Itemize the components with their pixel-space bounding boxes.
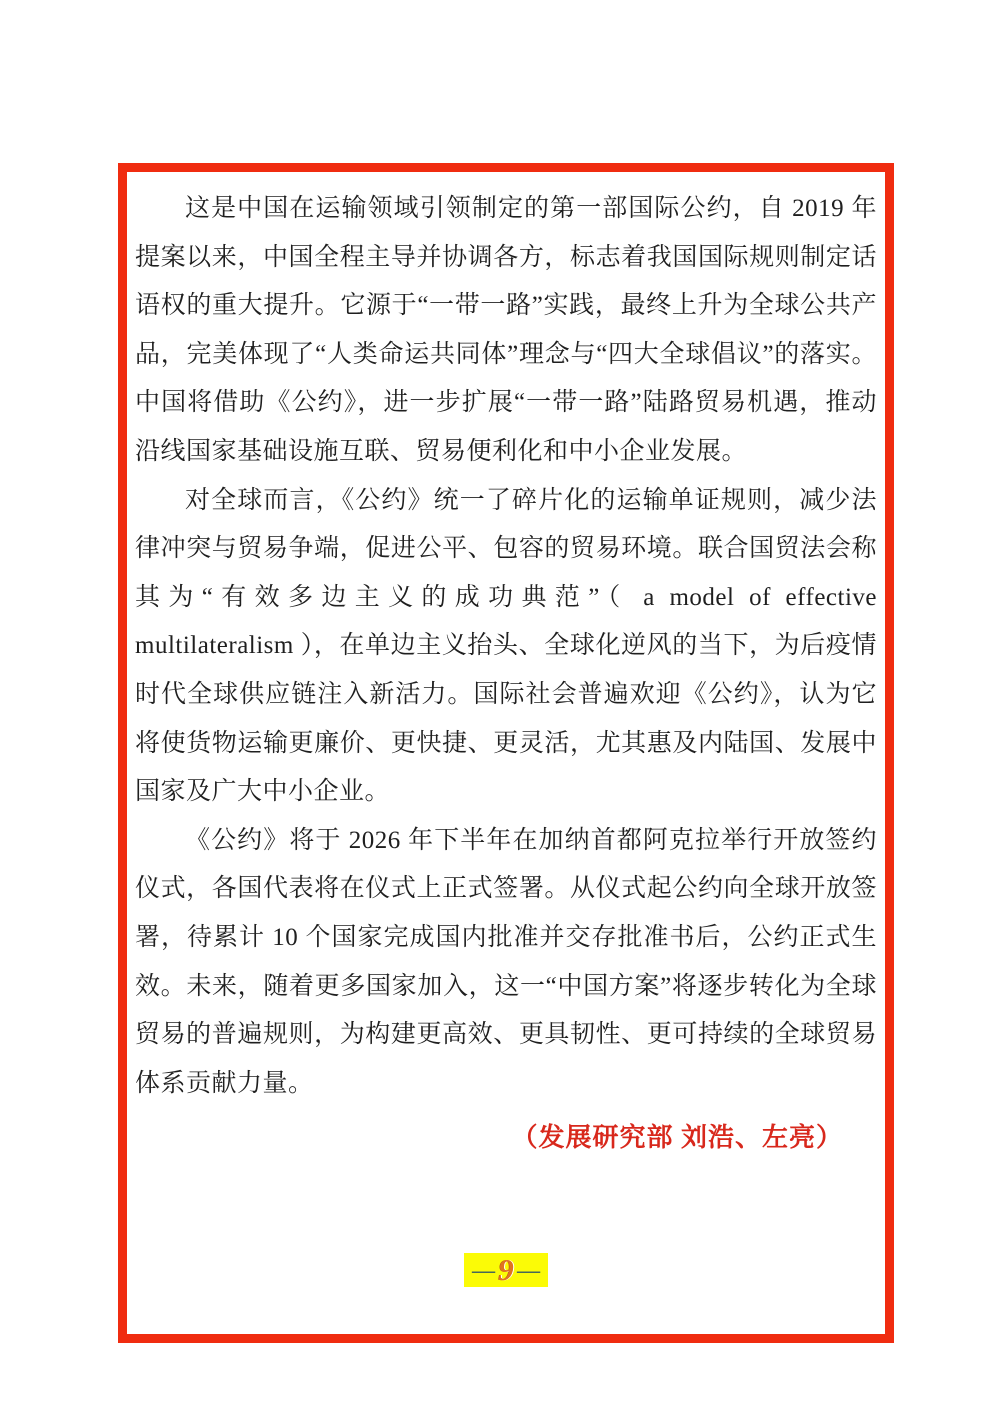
paragraph-2: 对全球而言，《公约》统一了碎片化的运输单证规则，减少法律冲突与贸易争端，促进公平… (135, 477, 877, 817)
document-page: 这是中国在运输领域引领制定的第一部国际公约，自 2019 年提案以来，中国全程主… (0, 0, 1000, 1414)
footer-dash-left: — (472, 1253, 495, 1287)
footer-dash-right: — (517, 1253, 540, 1287)
page-footer: — 9 — (127, 1253, 885, 1287)
page-number: 9 (494, 1253, 518, 1287)
page-number-highlight: — 9 — (464, 1253, 548, 1287)
paragraph-1: 这是中国在运输领域引领制定的第一部国际公约，自 2019 年提案以来，中国全程主… (135, 185, 877, 477)
byline: （发展研究部 刘浩、左亮） (135, 1114, 877, 1163)
paragraph-3: 《公约》将于 2026 年下半年在加纳首都阿克拉举行开放签约仪式，各国代表将在仪… (135, 817, 877, 1109)
red-border-frame: 这是中国在运输领域引领制定的第一部国际公约，自 2019 年提案以来，中国全程主… (118, 163, 894, 1343)
article-body: 这是中国在运输领域引领制定的第一部国际公约，自 2019 年提案以来，中国全程主… (127, 172, 885, 1163)
